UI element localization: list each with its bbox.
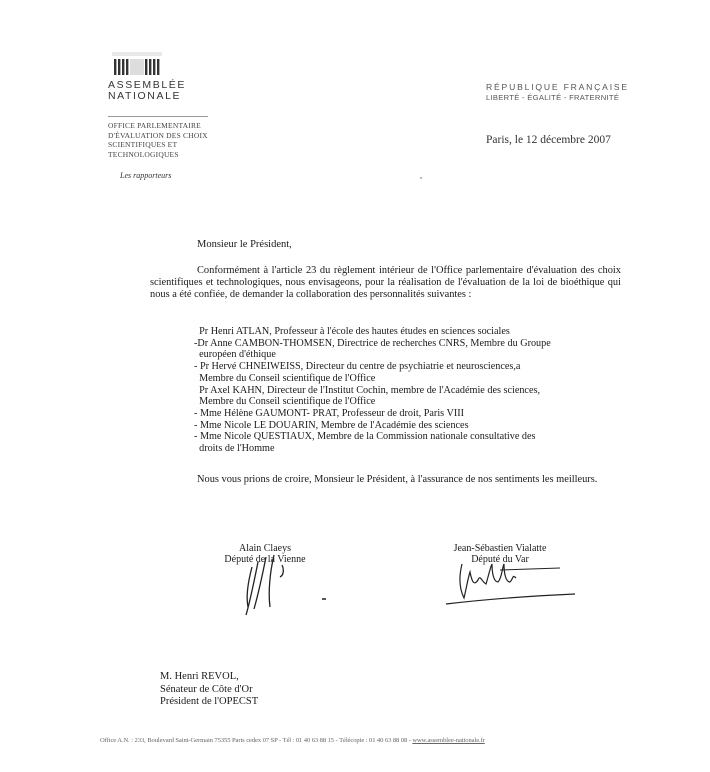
personality-list-line: Membre du Conseil scientifique de l'Offi…	[194, 396, 634, 408]
hemicycle-columns-icon	[108, 52, 178, 78]
personality-list-line: - Pr Hervé CHNEIWEISS, Directeur du cent…	[194, 361, 634, 373]
institution-line2: NATIONALE	[108, 91, 178, 102]
recipient-line: Président de l'OPECST	[160, 696, 258, 709]
signature-claeys-icon	[240, 547, 340, 617]
office-line: OFFICE PARLEMENTAIRE	[108, 121, 208, 131]
office-line: SCIENTIFIQUES ET	[108, 140, 208, 150]
opening-paragraph: Conformément à l'article 23 du règlement…	[150, 265, 621, 302]
letter-date: Paris, le 12 décembre 2007	[486, 134, 611, 146]
signature-vialatte-icon	[440, 560, 590, 610]
assemblee-nationale-logo: ASSEMBLÉE NATIONALE	[108, 52, 178, 102]
personality-list-line: -Dr Anne CAMBON-THOMSEN, Directrice de r…	[194, 338, 634, 350]
footer: Office A.N. : 233, Boulevard Saint-Germa…	[100, 737, 485, 744]
recipient-line: M. Henri REVOL,	[160, 671, 258, 684]
office-line: D'ÉVALUATION DES CHOIX	[108, 131, 208, 141]
personality-list-line: Pr Axel KAHN, Directeur de l'Institut Co…	[194, 385, 634, 397]
personality-list-line: droits de l'Homme	[194, 443, 634, 455]
letterhead-divider	[108, 116, 208, 117]
signatory-name: Jean-Sébastien Vialatte	[420, 543, 580, 554]
republic-title: RÉPUBLIQUE FRANÇAISE	[486, 82, 629, 93]
recipient-line: Sénateur de Côte d'Or	[160, 684, 258, 697]
salutation: Monsieur le Président,	[197, 239, 292, 250]
republic-header: RÉPUBLIQUE FRANÇAISE LIBERTÉ - ÉGALITÉ -…	[486, 82, 629, 103]
rapporteurs-label: Les rapporteurs	[120, 171, 171, 180]
personalities-list: Pr Henri ATLAN, Professeur à l'école des…	[194, 326, 634, 455]
scan-speck	[420, 177, 422, 179]
personality-list-line: - Mme Nicole QUESTIAUX, Membre de la Com…	[194, 431, 634, 443]
institution-name: ASSEMBLÉE NATIONALE	[108, 80, 178, 102]
recipient-address: M. Henri REVOL, Sénateur de Côte d'Or Pr…	[160, 671, 258, 709]
personality-list-line: - Mme Hélène GAUMONT- PRAT, Professeur d…	[194, 408, 634, 420]
closing-paragraph: Nous vous prions de croire, Monsieur le …	[150, 474, 621, 486]
office-line: TECHNOLOGIQUES	[108, 150, 208, 160]
republic-motto: LIBERTÉ - ÉGALITÉ - FRATERNITÉ	[486, 93, 629, 103]
personality-list-line: Membre du Conseil scientifique de l'Offi…	[194, 373, 634, 385]
footer-website-link[interactable]: www.assemblee-nationale.fr	[412, 737, 484, 744]
personality-list-line: - Mme Nicole LE DOUARIN, Membre de l'Aca…	[194, 420, 634, 432]
footer-address: Office A.N. : 233, Boulevard Saint-Germa…	[100, 737, 412, 744]
personality-list-line: européen d'éthique	[194, 349, 634, 361]
personality-list-line: Pr Henri ATLAN, Professeur à l'école des…	[194, 326, 634, 338]
office-name: OFFICE PARLEMENTAIRE D'ÉVALUATION DES CH…	[108, 121, 208, 159]
